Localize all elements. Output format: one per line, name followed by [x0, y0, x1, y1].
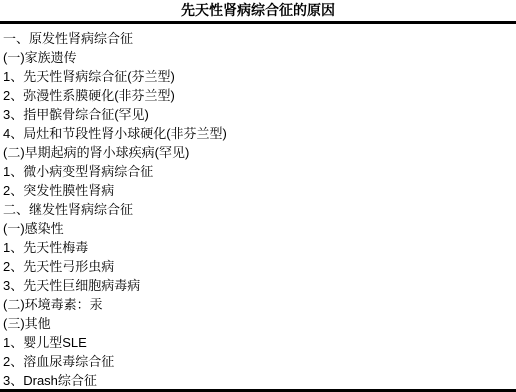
table-row: 1、婴儿型SLE	[3, 333, 514, 352]
table-row: 一、原发性肾病综合征	[3, 29, 514, 48]
table-title: 先天性肾病综合征的原因	[0, 0, 516, 24]
table-row: (一)感染性	[3, 219, 514, 238]
document-table: 先天性肾病综合征的原因 一、原发性肾病综合征(一)家族遗传1、先天性肾病综合征(…	[0, 0, 516, 392]
table-row: 2、弥漫性系膜硬化(非芬兰型)	[3, 86, 514, 105]
table-row: 2、突发性膜性肾病	[3, 181, 514, 200]
table-body: 一、原发性肾病综合征(一)家族遗传1、先天性肾病综合征(芬兰型)2、弥漫性系膜硬…	[0, 24, 516, 389]
table-row: 4、局灶和节段性肾小球硬化(非芬兰型)	[3, 124, 514, 143]
table-row: 1、先天性肾病综合征(芬兰型)	[3, 67, 514, 86]
table-row: 二、继发性肾病综合征	[3, 200, 514, 219]
table-row: 3、先天性巨细胞病毒病	[3, 276, 514, 295]
table-row: (三)其他	[3, 314, 514, 333]
table-row: 3、Drash综合征	[3, 371, 514, 389]
table-row: (二)早期起病的肾小球疾病(罕见)	[3, 143, 514, 162]
table-row: (二)环境毒素：汞	[3, 295, 514, 314]
table-row: 1、先天性梅毒	[3, 238, 514, 257]
table-row: 2、溶血尿毒综合征	[3, 352, 514, 371]
table-row: 1、微小病变型肾病综合征	[3, 162, 514, 181]
table-row: 2、先天性弓形虫病	[3, 257, 514, 276]
table-row: (一)家族遗传	[3, 48, 514, 67]
table-row: 3、指甲髌骨综合征(罕见)	[3, 105, 514, 124]
